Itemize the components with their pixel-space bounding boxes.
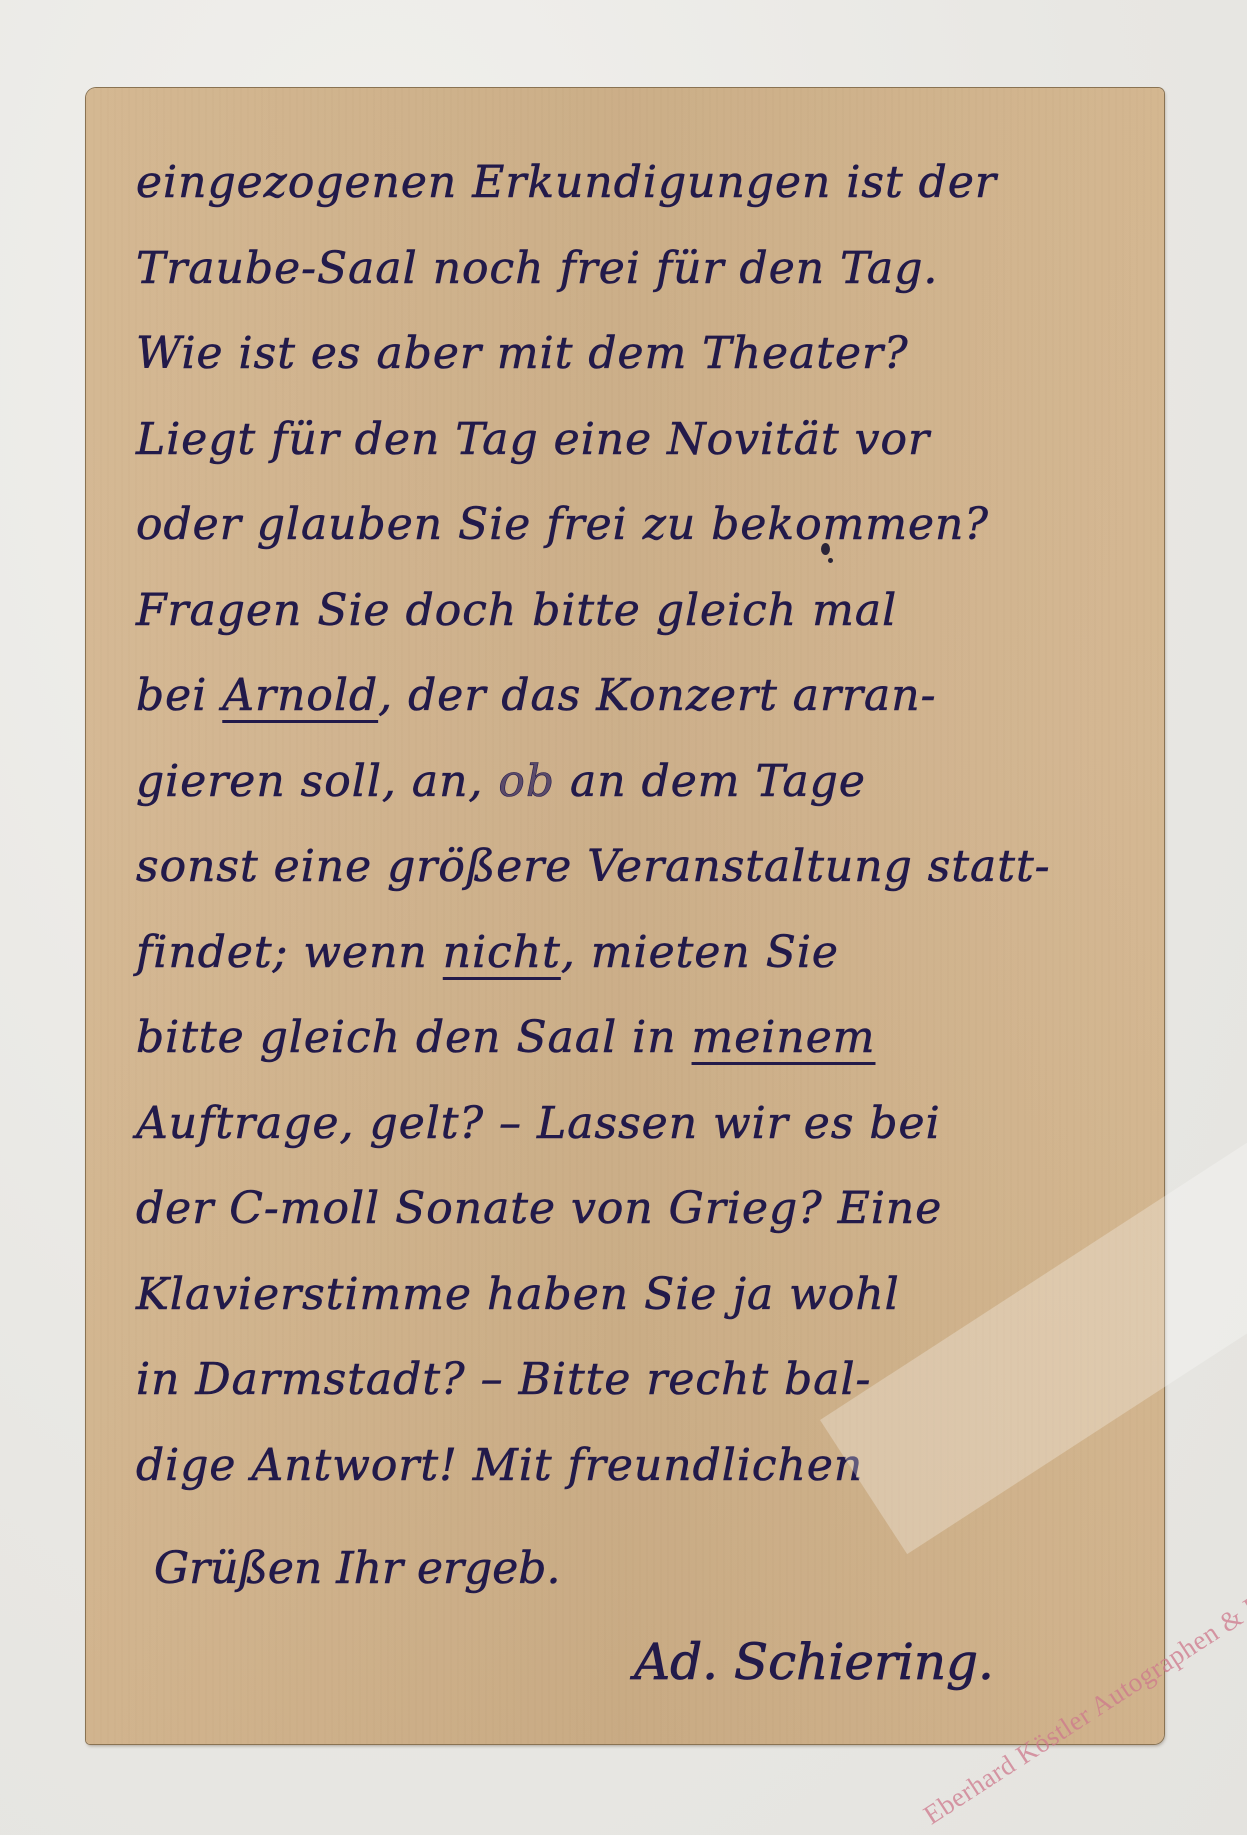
letter-line: Fragen Sie doch bitte gleich mal — [136, 568, 1136, 654]
line-text: oder glauben Sie frei zu bekommen? — [136, 499, 989, 550]
line-text: in Darmstadt? – Bitte recht bal- — [136, 1354, 871, 1405]
signature: Ad. Schiering. — [634, 1633, 994, 1691]
line-text: Traube-Saal noch frei für den Tag. — [136, 243, 938, 294]
line-text: Auftrage, gelt? – Lassen wir es bei — [136, 1098, 941, 1149]
line-text: der C-moll Sonate von Grieg? Eine — [136, 1183, 942, 1234]
letter-line: Liegt für den Tag eine Novität vor — [136, 397, 1136, 483]
underlined-word-meinem: meinem — [692, 1012, 876, 1063]
line-text: , der das Konzert arran- — [378, 670, 936, 721]
letter-line: Klavierstimme haben Sie ja wohl — [136, 1252, 1136, 1338]
letter-line: Auftrage, gelt? – Lassen wir es bei — [136, 1081, 1136, 1167]
underlined-word-nicht: nicht — [443, 927, 561, 978]
line-text: an dem Tage — [555, 756, 866, 807]
letter-line: gieren soll, an, ob an dem Tage — [136, 739, 1136, 825]
line-text: Liegt für den Tag eine Novität vor — [136, 414, 930, 465]
line-text: gieren soll, an, — [136, 756, 498, 807]
letter-line: bitte gleich den Saal in meinem — [136, 995, 1136, 1081]
line-text: , mieten Sie — [561, 927, 839, 978]
letter-line: dige Antwort! Mit freundlichen — [136, 1423, 1136, 1509]
line-text: Klavierstimme haben Sie ja wohl — [136, 1269, 900, 1320]
postcard: eingezogenen Erkundigungen ist der Traub… — [86, 88, 1164, 1744]
letter-line: bei Arnold, der das Konzert arran- — [136, 653, 1136, 739]
letter-line: oder glauben Sie frei zu bekommen? — [136, 482, 1136, 568]
faint-inserted-word: ob — [498, 756, 555, 807]
line-text: eingezogenen Erkundigungen ist der — [136, 157, 997, 208]
letter-line: eingezogenen Erkundigungen ist der — [136, 140, 1136, 226]
letter-line: Traube-Saal noch frei für den Tag. — [136, 226, 1136, 312]
line-text: bei — [136, 670, 222, 721]
line-text: Wie ist es aber mit dem Theater? — [136, 328, 909, 379]
closing-greeting: Grüßen Ihr ergeb. — [154, 1543, 560, 1594]
letter-body: eingezogenen Erkundigungen ist der Traub… — [136, 140, 1136, 1508]
letter-line: in Darmstadt? – Bitte recht bal- — [136, 1337, 1136, 1423]
line-text: dige Antwort! Mit freundlichen — [136, 1440, 863, 1491]
underlined-name-arnold: Arnold — [222, 670, 378, 721]
line-text: bitte gleich den Saal in — [136, 1012, 692, 1063]
line-text: findet; wenn — [136, 927, 443, 978]
letter-line: Wie ist es aber mit dem Theater? — [136, 311, 1136, 397]
letter-line: findet; wenn nicht, mieten Sie — [136, 910, 1136, 996]
line-text: sonst eine größere Veranstaltung statt- — [136, 841, 1051, 892]
letter-line: sonst eine größere Veranstaltung statt- — [136, 824, 1136, 910]
line-text: Fragen Sie doch bitte gleich mal — [136, 585, 897, 636]
letter-line: der C-moll Sonate von Grieg? Eine — [136, 1166, 1136, 1252]
